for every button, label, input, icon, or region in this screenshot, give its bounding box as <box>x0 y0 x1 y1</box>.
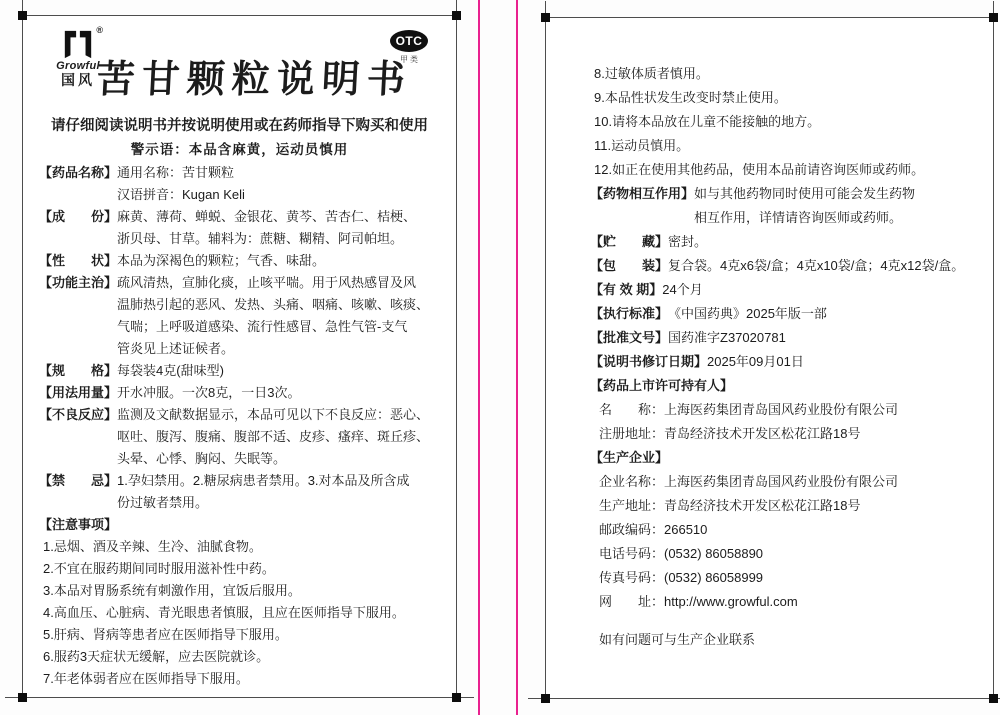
text-line: 生产地址：青岛经济技术开发区松花江路18号 <box>590 494 985 518</box>
text-line: 12.如正在使用其他药品，使用本品前请咨询医师或药师。 <box>590 158 985 182</box>
section-row: 【不良反应】监测及文献数据显示，本品可见以下不良反应：恶心、 呕吐、腹泻、腹痛、… <box>39 404 449 470</box>
section-heading: 【生产企业】 <box>590 446 985 470</box>
registration-mark-icon <box>989 13 998 22</box>
registration-mark-icon <box>541 694 550 703</box>
section-row: 【功能主治】疏风清热，宣肺化痰，止咳平喘。用于风热感冒及风 温肺热引起的恶风、发… <box>39 272 449 360</box>
section-content: 疏风清热，宣肺化痰，止咳平喘。用于风热感冒及风 温肺热引起的恶风、发热、头痛、咽… <box>117 272 449 360</box>
section-content: 每袋装4克(甜味型) <box>117 360 449 382</box>
text-line: 8.过敏体质者慎用。 <box>590 62 985 86</box>
section-label: 【禁 忌】 <box>39 470 117 492</box>
section-label: 【性 状】 <box>39 250 117 272</box>
text-line: 10.请将本品放在儿童不能接触的地方。 <box>590 110 985 134</box>
section-row: 【性 状】本品为深褐色的颗粒；气香、味甜。 <box>39 250 449 272</box>
section-row: 【禁 忌】1.孕妇禁用。2.糖尿病患者禁用。3.对本品及所含成 份过敏者禁用。 <box>39 470 449 514</box>
section-content: 国药准字Z37020781 <box>668 326 985 350</box>
text-line: 4.高血压、心脏病、青光眼患者慎服，且应在医师指导下服用。 <box>39 602 449 624</box>
text-line: 企业名称：上海医药集团青岛国风药业股份有限公司 <box>590 470 985 494</box>
text-line: 注册地址：青岛经济技术开发区松花江路18号 <box>590 422 985 446</box>
warning-statement: 警示语：本品含麻黄，运动员慎用 <box>23 138 456 158</box>
registration-mark-icon <box>541 13 550 22</box>
section-content: 如与其他药物同时使用可能会发生药物 相互作用，详情请咨询医师或药师。 <box>694 182 985 230</box>
section-content: 1.孕妇禁用。2.糖尿病患者禁用。3.对本品及所含成 份过敏者禁用。 <box>117 470 449 514</box>
section-content: 通用名称：苦甘颗粒 汉语拼音：Kugan Keli <box>117 162 449 206</box>
section-content: 开水冲服。一次8克，一日3次。 <box>117 382 449 404</box>
section-label: 【用法用量】 <box>39 382 117 404</box>
section-row: 【执行标准】《中国药典》2025年版一部 <box>590 302 985 326</box>
section-content: 监测及文献数据显示，本品可见以下不良反应：恶心、 呕吐、腹泻、腹痛、腹部不适、皮… <box>117 404 449 470</box>
section-label: 【执行标准】 <box>590 302 668 326</box>
leaflet-title: 苦甘颗粒说明书 <box>52 48 458 103</box>
read-instruction: 请仔细阅读说明书并按说明使用或在药师指导下购买和使用 <box>23 114 456 135</box>
spacer <box>590 614 985 628</box>
leaflet-panel-back: 8.过敏体质者慎用。9.本品性状发生改变时禁止使用。10.请将本品放在儿童不能接… <box>545 17 994 699</box>
fold-line-left <box>478 0 480 715</box>
section-row: 【说明书修订日期】2025年09月01日 <box>590 350 985 374</box>
text-line: 名 称：上海医药集团青岛国风药业股份有限公司 <box>590 398 985 422</box>
registration-mark-icon <box>18 11 27 20</box>
section-label: 【有 效 期】 <box>590 278 662 302</box>
text-line: 3.本品对胃肠系统有刺激作用，宜饭后服用。 <box>39 580 449 602</box>
section-content: 本品为深褐色的颗粒；气香、味甜。 <box>117 250 449 272</box>
text-line: 传真号码：(0532) 86058999 <box>590 566 985 590</box>
text-line: 6.服药3天症状无缓解，应去医院就诊。 <box>39 646 449 668</box>
text-line: 电话号码：(0532) 86058890 <box>590 542 985 566</box>
section-content: 2025年09月01日 <box>707 350 985 374</box>
section-content: 复合袋。4克x6袋/盒；4克x10袋/盒；4克x12袋/盒。 <box>668 254 985 278</box>
section-row: 【包 装】复合袋。4克x6袋/盒；4克x10袋/盒；4克x12袋/盒。 <box>590 254 985 278</box>
section-label: 【药物相互作用】 <box>590 182 694 206</box>
back-panel-text: 8.过敏体质者慎用。9.本品性状发生改变时禁止使用。10.请将本品放在儿童不能接… <box>590 62 985 652</box>
text-line: 7.年老体弱者应在医师指导下服用。 <box>39 668 449 690</box>
section-row: 【药物相互作用】如与其他药物同时使用可能会发生药物 相互作用，详情请咨询医师或药… <box>590 182 985 230</box>
text-line: 如有问题可与生产企业联系 <box>590 628 985 652</box>
section-row: 【有 效 期】24个月 <box>590 278 985 302</box>
section-label: 【成 份】 <box>39 206 117 228</box>
section-label: 【不良反应】 <box>39 404 117 426</box>
section-row: 【用法用量】开水冲服。一次8克，一日3次。 <box>39 382 449 404</box>
section-row: 【药品名称】通用名称：苦甘颗粒 汉语拼音：Kugan Keli <box>39 162 449 206</box>
registration-mark-icon <box>452 693 461 702</box>
text-line: 邮政编码：266510 <box>590 518 985 542</box>
section-label: 【药品名称】 <box>39 162 117 184</box>
section-label: 【贮 藏】 <box>590 230 668 254</box>
leaflet-panel-front: ® Growful 国风 OTC 甲类 苦甘颗粒说明书 请仔细阅读说明书并按说明… <box>22 15 457 698</box>
registration-mark-icon <box>18 693 27 702</box>
section-row: 【批准文号】国药准字Z37020781 <box>590 326 985 350</box>
text-line: 5.肝病、肾病等患者应在医师指导下服用。 <box>39 624 449 646</box>
section-label: 【功能主治】 <box>39 272 117 294</box>
section-row: 【规 格】每袋装4克(甜味型) <box>39 360 449 382</box>
fold-line-right <box>516 0 518 715</box>
section-label: 【批准文号】 <box>590 326 668 350</box>
text-line: 网 址：http://www.growful.com <box>590 590 985 614</box>
section-label: 【规 格】 <box>39 360 117 382</box>
section-label: 【说明书修订日期】 <box>590 350 707 374</box>
text-line: 9.本品性状发生改变时禁止使用。 <box>590 86 985 110</box>
section-heading: 【药品上市许可持有人】 <box>590 374 985 398</box>
registered-trademark-symbol: ® <box>96 26 103 36</box>
section-content: 麻黄、薄荷、蝉蜕、金银花、黄芩、苦杏仁、桔梗、 浙贝母、甘草。辅料为：蔗糖、糊精… <box>117 206 449 250</box>
section-heading: 【注意事项】 <box>39 514 449 536</box>
front-panel-text: 【药品名称】通用名称：苦甘颗粒 汉语拼音：Kugan Keli【成 份】麻黄、薄… <box>39 162 449 690</box>
section-row: 【贮 藏】密封。 <box>590 230 985 254</box>
text-line: 2.不宜在服药期间同时服用滋补性中药。 <box>39 558 449 580</box>
section-content: 《中国药典》2025年版一部 <box>668 302 985 326</box>
section-row: 【成 份】麻黄、薄荷、蝉蜕、金银花、黄芩、苦杏仁、桔梗、 浙贝母、甘草。辅料为：… <box>39 206 449 250</box>
text-line: 11.运动员慎用。 <box>590 134 985 158</box>
section-content: 密封。 <box>668 230 985 254</box>
text-line: 1.忌烟、酒及辛辣、生冷、油腻食物。 <box>39 536 449 558</box>
registration-mark-icon <box>989 694 998 703</box>
section-content: 24个月 <box>662 278 985 302</box>
section-label: 【包 装】 <box>590 254 668 278</box>
registration-mark-icon <box>452 11 461 20</box>
